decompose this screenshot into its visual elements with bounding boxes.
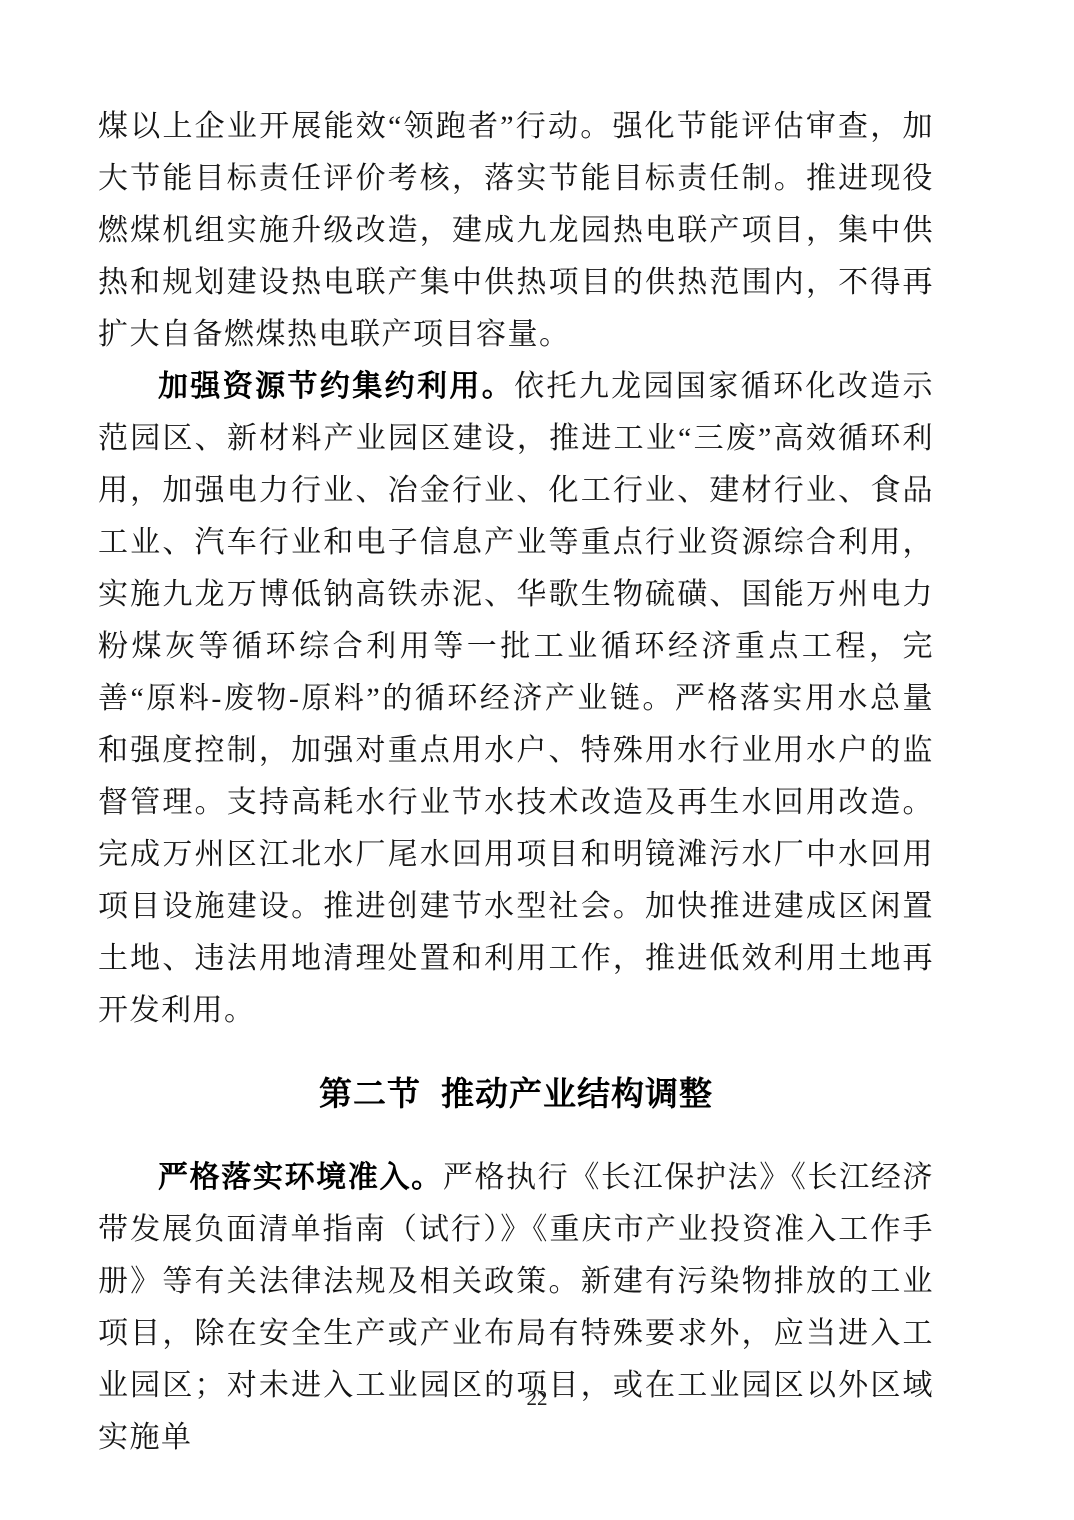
document-page: 煤以上企业开展能效“领跑者”行动。强化节能评估审查，加大节能目标责任评价考核，落… — [0, 0, 1074, 1520]
paragraph-environment-access-lead: 严格落实环境准入。 — [158, 1161, 443, 1194]
section-heading-title: 推动产业结构调整 — [441, 1075, 713, 1112]
page-number: 22 — [0, 1384, 1074, 1412]
paragraph-resource-utilization: 加强资源节约集约利用。依托九龙园国家循环化改造示范园区、新材料产业园区建设，推进… — [98, 361, 934, 1037]
paragraph-resource-utilization-lead: 加强资源节约集约利用。 — [158, 370, 514, 403]
section-heading: 第二节推动产业结构调整 — [98, 1068, 934, 1120]
paragraph-energy-efficiency-continuation: 煤以上企业开展能效“领跑者”行动。强化节能评估审查，加大节能目标责任评价考核，落… — [98, 101, 934, 361]
section-heading-number: 第二节 — [319, 1075, 421, 1112]
document-content: 煤以上企业开展能效“领跑者”行动。强化节能评估审查，加大节能目标责任评价考核，落… — [98, 101, 934, 1464]
paragraph-resource-utilization-text: 依托九龙园国家循环化改造示范园区、新材料产业园区建设，推进工业“三废”高效循环利… — [98, 370, 934, 1027]
paragraph-environment-access: 严格落实环境准入。严格执行《长江保护法》《长江经济带发展负面清单指南（试行）》《… — [98, 1152, 934, 1464]
